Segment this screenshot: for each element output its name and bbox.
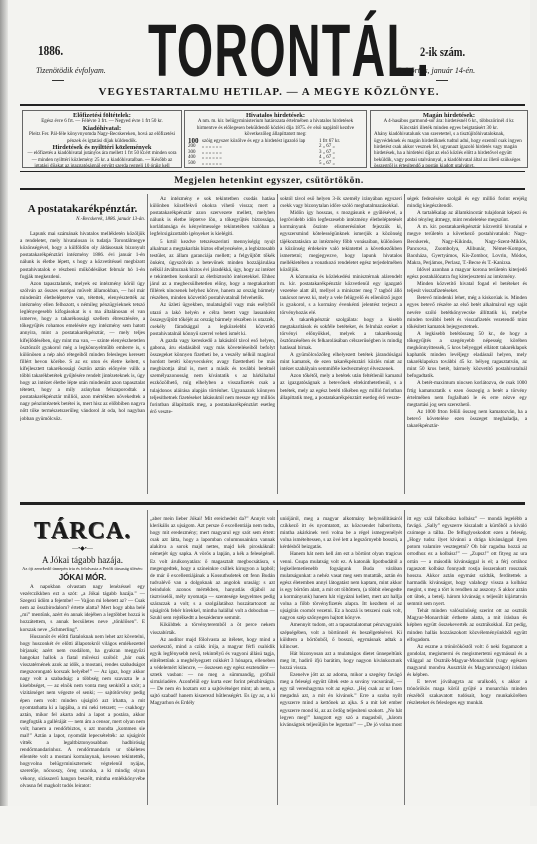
subscription-info-box: Előfizetési föltételek: Egész évre 6 frt… — [22, 110, 182, 168]
divider — [436, 80, 448, 81]
feuilleton-paragraph: Hát bizonyosan azt a mulatságos dietet ü… — [280, 651, 402, 672]
feuilleton-paragraph: Kiküldtek a törvényteremből a öt perce n… — [150, 622, 275, 636]
divider — [52, 80, 64, 81]
column-divider — [147, 194, 148, 494]
feuilleton-paragraph: itt egy szál falkolbász kolbász” — mondá… — [407, 516, 527, 608]
article-paragraph: Betevő mindenki lehet, még a kiskorúak i… — [407, 295, 527, 330]
price-row-words: 500 — [188, 161, 202, 167]
official-ads-box: Hivatalos hirdetések: A nm. m. kir. belü… — [184, 110, 367, 168]
feuilleton-paragraph: E tervet jóváhagyta az uralkodó, s akkor… — [407, 679, 527, 707]
newspaper-subtitle: VEGYESTARTALMU HETILAP. — A MEGYE KÖZLÖN… — [8, 86, 530, 98]
feuilleton-paragraph: Az audítor majd fölolvasta az ítéletet, … — [150, 637, 275, 708]
article-paragraph: Midőn így hosszas, s mozgásunk e gyűlésé… — [280, 210, 402, 274]
price-row-text: „ „ „ „ „ „ — [202, 161, 319, 167]
article-paragraph: Az 1000 frton felüli összeg nem kamatozv… — [407, 409, 527, 430]
article-paragraph: Idővel azonban a magyar korona területén… — [407, 267, 527, 281]
article-paragraph: A legkisebb betétösszeg 50 kr., de hogy … — [407, 331, 527, 381]
article-paragraph: A közmunka és közlekedési minisztérnak a… — [280, 274, 402, 317]
article-column-1: A postatakarékpénztár. N.-Becskerek, 188… — [20, 192, 145, 497]
publication-schedule-banner: Megjelen hetenkint egyszer, csütörtökön. — [8, 176, 530, 186]
column-divider — [277, 194, 278, 494]
masthead-rule — [20, 104, 525, 106]
article-paragraph: A gyümölcsözőleg elhelyezett betétek jár… — [280, 352, 402, 373]
column-divider — [404, 510, 405, 805]
feuilleton-column-1: TÁRCA. —•◆•— A Jókai tágabb hazája. Az ö… — [20, 508, 145, 806]
issue-number: 2-ik szám. — [420, 44, 465, 60]
feuilleton-paragraph: uniójáról, meg a magyar alkotmány helyre… — [280, 516, 402, 551]
rule — [20, 171, 525, 172]
column-divider — [277, 510, 278, 805]
article-paragraph: 5 krtól kezdve tetszésszerinti mennyiség… — [150, 239, 275, 303]
feuilleton-paragraph: Az eszme a trónörököstől volt: ő neki fo… — [407, 644, 527, 679]
page-bottom-margin — [0, 806, 537, 844]
official-intro: A nm. m. kir. belügyministerium határoza… — [188, 119, 363, 138]
feuilleton-paragraph: „aber mein lieber Jókai! Mit ereichedeit… — [150, 516, 275, 622]
article-paragraph: A gazda vagy kereskedő a lakásától távol… — [150, 338, 275, 416]
article-column-3: soktól távol eső helyen 3-ik személy irá… — [280, 196, 402, 497]
article-paragraph: A tartalékalap az államkincstár tulajdon… — [407, 210, 527, 224]
private-text: Ahány kiadóhivatalunk van szeretettel, s… — [374, 132, 524, 168]
feuilleton-paragraph: Ezenelve jött az az adoma, mikor a szegé… — [280, 672, 402, 729]
private-intro: A 4-hasábos garmond-sor ára: hirdetésnél… — [374, 119, 524, 132]
article-paragraph: A takarékpénztár szolgálata: hogy a kise… — [280, 317, 402, 352]
article-paragraph: Minden közvetítő hivatal fogad el betéte… — [407, 281, 527, 295]
newspaper-title: TORONTÁL. — [148, 14, 430, 88]
article-column-4: ségek fedezésére szolgál és egy millió f… — [407, 196, 527, 497]
ornament-divider: —•◆•— — [20, 546, 145, 552]
feuilleton-column-2: „aber mein lieber Jókai! Mit ereichedeit… — [150, 516, 275, 806]
ads-text: — előfizetés a kiadóhivatal jutányos ára… — [26, 151, 178, 168]
article-paragraph: Az üzleti ügyekben, mulatságból vagy más… — [150, 302, 275, 337]
newspaper-page: 1886. Tizenötödik évfolyam. TORONTÁL. 2-… — [8, 0, 530, 844]
article-paragraph: Az intézmény e sok tekintetben csodás ha… — [150, 196, 275, 239]
publication-year: 1886. — [38, 44, 63, 60]
private-ads-box: Magán hirdetések: A 4-hasábos garmond-so… — [370, 110, 528, 168]
article-paragraph: Azon tőkétől, mely a betétek után feltét… — [280, 373, 402, 401]
price-row-price: 5 „ 67 „ — [319, 161, 363, 167]
article-paragraph: A betét-maximum nincsen korlátozva, de c… — [407, 380, 527, 408]
feuilleton-section-title: TÁRCA. — [20, 516, 145, 546]
price-table: 100szóig egyszer közölve és egy a hirdet… — [188, 139, 363, 167]
article-paragraph: soktól távol eső helyen 3-ik személy irá… — [280, 196, 402, 210]
article-paragraph: ségek fedezésére szolgál és egy millió f… — [407, 196, 527, 210]
column-divider — [147, 510, 148, 805]
column-divider — [404, 194, 405, 494]
feuilleton-paragraph: Huszonöt év előtti fiataloknak nem lehet… — [20, 634, 145, 790]
feuilleton-paragraph: Tehát minden valószínűség szerint ott az… — [407, 608, 527, 643]
issue-date: Csütörtök, január 14-én. — [396, 66, 475, 75]
article-column-2: Az intézmény e sok tekintetben csodás ha… — [150, 196, 275, 497]
feuilleton-paragraph: A napokban olvastam nagy lenézéssel egy … — [20, 584, 145, 634]
article-byline: N.-Becskerek, 1886. január 13-án. — [20, 216, 145, 223]
page-edge-shadow — [0, 0, 8, 844]
feuilleton-column-4: itt egy szál falkolbász kolbász” — mondá… — [407, 516, 527, 806]
feuilleton-author: JÓKAI MÓR. — [20, 572, 145, 584]
feuilleton-paragraph: Hanem hát nem kell ám ezt a börtönt olya… — [280, 551, 402, 622]
official-footer: és igy tovább minden megkezdett 100 szóé… — [188, 167, 363, 168]
feuilleton-separator — [20, 502, 525, 505]
masthead: 1886. Tizenötödik évfolyam. TORONTÁL. 2-… — [8, 14, 530, 84]
rule — [20, 188, 525, 190]
article-paragraph: A m. kir. postatakarékpénztár közvetítő … — [407, 224, 527, 267]
feuilleton-paragraph: Amennyit tudom, ott a tapasztalatomat pé… — [280, 622, 402, 650]
article-paragraph: Lapunk mai számának hivatalos mellékleté… — [20, 231, 145, 281]
volume-label: Tizenötödik évfolyam. — [36, 66, 106, 75]
article-paragraph: Azon tapasztalatok, melyek ez intézmény … — [20, 281, 145, 423]
article-title: A postatakarékpénztár. — [20, 202, 145, 216]
feuilleton-title: A Jókai tágabb hazája. — [20, 554, 145, 566]
feuilleton-column-3: uniójáról, meg a magyar alkotmány helyre… — [280, 516, 402, 806]
